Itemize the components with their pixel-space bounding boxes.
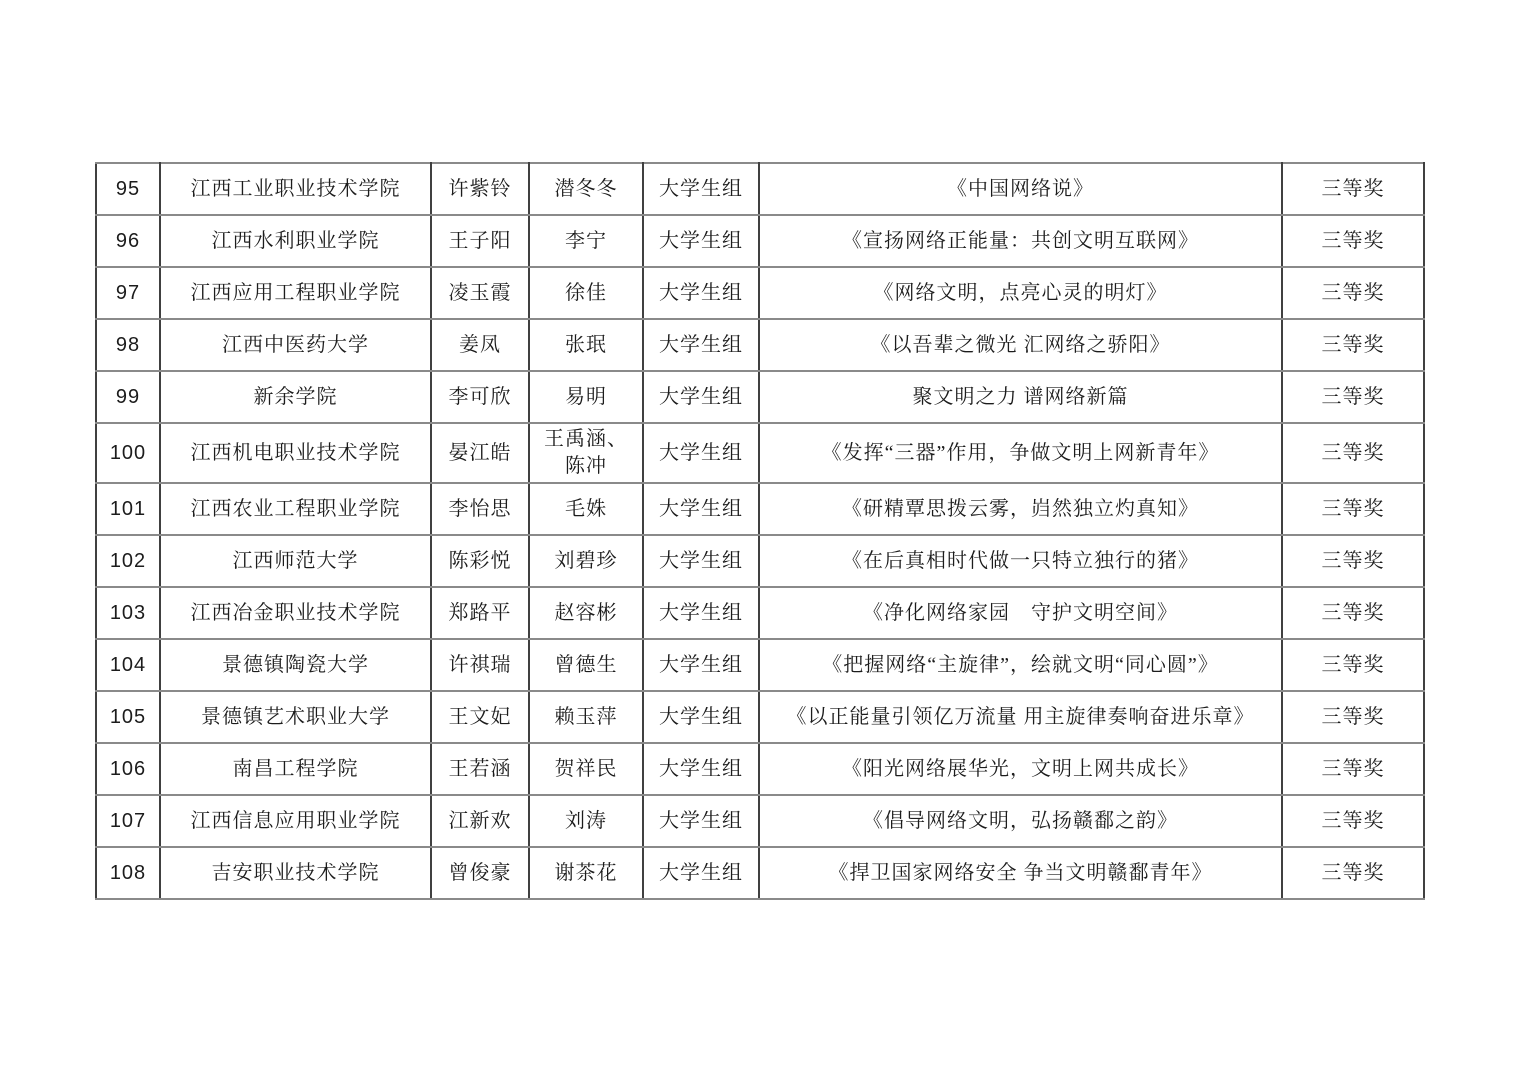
cell-school: 江西信息应用职业学院 <box>160 795 431 847</box>
cell-title: 《把握网络“主旋律”，绘就文明“同心圆”》 <box>759 639 1282 691</box>
table-row: 104景德镇陶瓷大学许祺瑞曾德生大学生组《把握网络“主旋律”，绘就文明“同心圆”… <box>96 639 1424 691</box>
cell-group: 大学生组 <box>643 743 759 795</box>
table-row: 97江西应用工程职业学院凌玉霞徐佳大学生组《网络文明，点亮心灵的明灯》三等奖 <box>96 267 1424 319</box>
cell-group: 大学生组 <box>643 423 759 483</box>
cell-group: 大学生组 <box>643 535 759 587</box>
cell-author: 李可欣 <box>431 371 529 423</box>
cell-author: 许祺瑞 <box>431 639 529 691</box>
cell-title: 《倡导网络文明，弘扬赣鄱之韵》 <box>759 795 1282 847</box>
cell-author: 李怡思 <box>431 483 529 535</box>
cell-award: 三等奖 <box>1282 847 1424 899</box>
cell-group: 大学生组 <box>643 267 759 319</box>
cell-group: 大学生组 <box>643 639 759 691</box>
table-row: 107江西信息应用职业学院江新欢刘涛大学生组《倡导网络文明，弘扬赣鄱之韵》三等奖 <box>96 795 1424 847</box>
cell-advisor: 易明 <box>529 371 643 423</box>
cell-school: 江西农业工程职业学院 <box>160 483 431 535</box>
cell-school: 景德镇陶瓷大学 <box>160 639 431 691</box>
cell-school: 景德镇艺术职业大学 <box>160 691 431 743</box>
table-row: 96江西水利职业学院王子阳李宁大学生组《宣扬网络正能量：共创文明互联网》三等奖 <box>96 215 1424 267</box>
table-row: 105景德镇艺术职业大学王文妃赖玉萍大学生组《以正能量引领亿万流量 用主旋律奏响… <box>96 691 1424 743</box>
cell-school: 江西工业职业技术学院 <box>160 163 431 215</box>
cell-title: 《捍卫国家网络安全 争当文明赣鄱青年》 <box>759 847 1282 899</box>
cell-award: 三等奖 <box>1282 267 1424 319</box>
cell-group: 大学生组 <box>643 795 759 847</box>
cell-title: 《中国网络说》 <box>759 163 1282 215</box>
table-row: 103江西冶金职业技术学院郑路平赵容彬大学生组《净化网络家园 守护文明空间》三等… <box>96 587 1424 639</box>
cell-award: 三等奖 <box>1282 587 1424 639</box>
table-row: 95江西工业职业技术学院许紫铃潜冬冬大学生组《中国网络说》三等奖 <box>96 163 1424 215</box>
cell-author: 王子阳 <box>431 215 529 267</box>
cell-author: 曾俊豪 <box>431 847 529 899</box>
cell-group: 大学生组 <box>643 163 759 215</box>
table-row: 108吉安职业技术学院曾俊豪谢茶花大学生组《捍卫国家网络安全 争当文明赣鄱青年》… <box>96 847 1424 899</box>
cell-school: 江西中医药大学 <box>160 319 431 371</box>
table-row: 98江西中医药大学姜凤张珉大学生组《以吾辈之微光 汇网络之骄阳》三等奖 <box>96 319 1424 371</box>
document-page: 95江西工业职业技术学院许紫铃潜冬冬大学生组《中国网络说》三等奖96江西水利职业… <box>0 0 1520 1074</box>
cell-author: 江新欢 <box>431 795 529 847</box>
table-row: 106南昌工程学院王若涵贺祥民大学生组《阳光网络展华光，文明上网共成长》三等奖 <box>96 743 1424 795</box>
cell-group: 大学生组 <box>643 847 759 899</box>
cell-award: 三等奖 <box>1282 163 1424 215</box>
cell-author: 姜凤 <box>431 319 529 371</box>
table-row: 101江西农业工程职业学院李怡思毛姝大学生组《研精覃思拨云雾，岿然独立灼真知》三… <box>96 483 1424 535</box>
table-row: 99新余学院李可欣易明大学生组聚文明之力 谱网络新篇三等奖 <box>96 371 1424 423</box>
table-row: 100江西机电职业技术学院晏江皓王禹涵、陈冲大学生组《发挥“三器”作用，争做文明… <box>96 423 1424 483</box>
cell-advisor: 潜冬冬 <box>529 163 643 215</box>
cell-award: 三等奖 <box>1282 743 1424 795</box>
cell-advisor: 赖玉萍 <box>529 691 643 743</box>
cell-award: 三等奖 <box>1282 535 1424 587</box>
cell-title: 《净化网络家园 守护文明空间》 <box>759 587 1282 639</box>
cell-group: 大学生组 <box>643 371 759 423</box>
cell-no: 100 <box>96 423 160 483</box>
cell-no: 108 <box>96 847 160 899</box>
cell-title: 《以正能量引领亿万流量 用主旋律奏响奋进乐章》 <box>759 691 1282 743</box>
cell-no: 96 <box>96 215 160 267</box>
cell-advisor: 李宁 <box>529 215 643 267</box>
cell-school: 吉安职业技术学院 <box>160 847 431 899</box>
cell-no: 104 <box>96 639 160 691</box>
cell-advisor: 谢茶花 <box>529 847 643 899</box>
cell-no: 103 <box>96 587 160 639</box>
cell-author: 王文妃 <box>431 691 529 743</box>
cell-advisor: 毛姝 <box>529 483 643 535</box>
cell-no: 98 <box>96 319 160 371</box>
awards-table-body: 95江西工业职业技术学院许紫铃潜冬冬大学生组《中国网络说》三等奖96江西水利职业… <box>96 163 1424 899</box>
cell-advisor: 刘涛 <box>529 795 643 847</box>
cell-advisor: 刘碧珍 <box>529 535 643 587</box>
cell-award: 三等奖 <box>1282 371 1424 423</box>
cell-advisor: 赵容彬 <box>529 587 643 639</box>
cell-school: 江西应用工程职业学院 <box>160 267 431 319</box>
cell-award: 三等奖 <box>1282 423 1424 483</box>
cell-no: 106 <box>96 743 160 795</box>
cell-author: 晏江皓 <box>431 423 529 483</box>
cell-award: 三等奖 <box>1282 795 1424 847</box>
cell-author: 陈彩悦 <box>431 535 529 587</box>
cell-group: 大学生组 <box>643 319 759 371</box>
cell-title: 《以吾辈之微光 汇网络之骄阳》 <box>759 319 1282 371</box>
cell-no: 107 <box>96 795 160 847</box>
cell-award: 三等奖 <box>1282 639 1424 691</box>
cell-no: 101 <box>96 483 160 535</box>
cell-no: 105 <box>96 691 160 743</box>
cell-school: 江西师范大学 <box>160 535 431 587</box>
cell-author: 王若涵 <box>431 743 529 795</box>
cell-author: 郑路平 <box>431 587 529 639</box>
cell-advisor: 王禹涵、陈冲 <box>529 423 643 483</box>
cell-author: 许紫铃 <box>431 163 529 215</box>
cell-title: 《宣扬网络正能量：共创文明互联网》 <box>759 215 1282 267</box>
cell-award: 三等奖 <box>1282 215 1424 267</box>
cell-school: 新余学院 <box>160 371 431 423</box>
cell-title: 《阳光网络展华光，文明上网共成长》 <box>759 743 1282 795</box>
cell-group: 大学生组 <box>643 691 759 743</box>
cell-title: 聚文明之力 谱网络新篇 <box>759 371 1282 423</box>
cell-school: 南昌工程学院 <box>160 743 431 795</box>
cell-award: 三等奖 <box>1282 319 1424 371</box>
cell-school: 江西冶金职业技术学院 <box>160 587 431 639</box>
cell-advisor: 曾德生 <box>529 639 643 691</box>
cell-school: 江西机电职业技术学院 <box>160 423 431 483</box>
awards-table: 95江西工业职业技术学院许紫铃潜冬冬大学生组《中国网络说》三等奖96江西水利职业… <box>95 162 1425 900</box>
cell-advisor: 贺祥民 <box>529 743 643 795</box>
cell-title: 《网络文明，点亮心灵的明灯》 <box>759 267 1282 319</box>
table-row: 102江西师范大学陈彩悦刘碧珍大学生组《在后真相时代做一只特立独行的猪》三等奖 <box>96 535 1424 587</box>
cell-award: 三等奖 <box>1282 483 1424 535</box>
cell-award: 三等奖 <box>1282 691 1424 743</box>
cell-advisor: 徐佳 <box>529 267 643 319</box>
cell-no: 102 <box>96 535 160 587</box>
cell-title: 《在后真相时代做一只特立独行的猪》 <box>759 535 1282 587</box>
cell-advisor: 张珉 <box>529 319 643 371</box>
cell-group: 大学生组 <box>643 587 759 639</box>
cell-title: 《发挥“三器”作用，争做文明上网新青年》 <box>759 423 1282 483</box>
cell-school: 江西水利职业学院 <box>160 215 431 267</box>
cell-title: 《研精覃思拨云雾，岿然独立灼真知》 <box>759 483 1282 535</box>
cell-no: 95 <box>96 163 160 215</box>
cell-group: 大学生组 <box>643 483 759 535</box>
cell-author: 凌玉霞 <box>431 267 529 319</box>
cell-no: 97 <box>96 267 160 319</box>
cell-no: 99 <box>96 371 160 423</box>
cell-group: 大学生组 <box>643 215 759 267</box>
